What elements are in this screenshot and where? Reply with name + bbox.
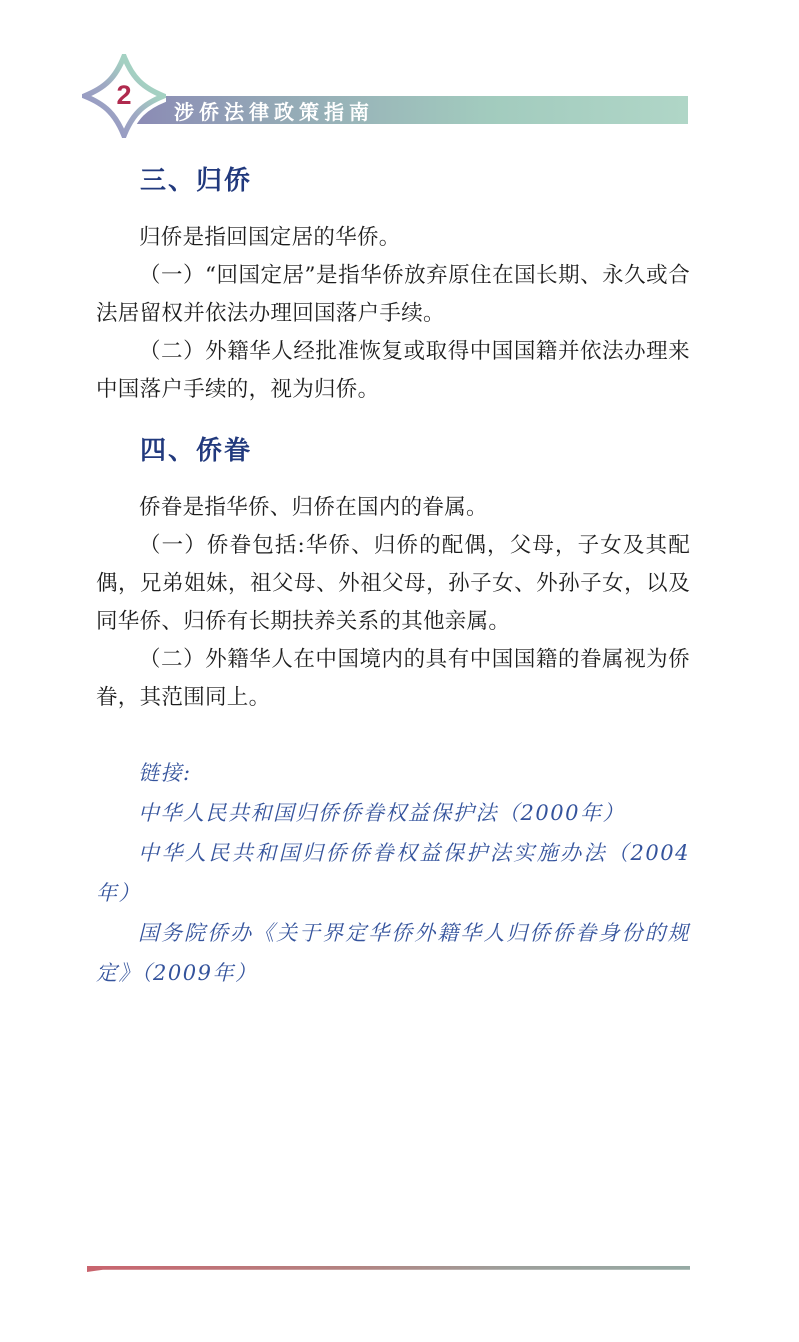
banner-title: 涉侨法律政策指南 — [174, 96, 374, 125]
link-item[interactable]: 中华人民共和国归侨侨眷权益保护法（2000年） — [96, 793, 690, 833]
document-page: 涉侨法律政策指南 2 三、归侨 归侨是指回国定居的华侨。 （一）“回国 — [0, 0, 799, 1342]
paragraph: （一）“回国定居”是指华侨放弃原住在国长期、永久或合法居留权并依法办理回国落户手… — [96, 257, 690, 333]
page-number-badge: 2 — [82, 54, 166, 140]
link-item[interactable]: 中华人民共和国归侨侨眷权益保护法实施办法（2004年） — [96, 833, 690, 913]
page-number: 2 — [82, 54, 166, 138]
paragraph: （一）侨眷包括:华侨、归侨的配偶，父母，子女及其配偶，兄弟姐妹，祖父母、外祖父母… — [96, 527, 690, 641]
paragraph: 归侨是指回国定居的华侨。 — [96, 219, 690, 257]
section-heading-qiaojuan: 四、侨眷 — [96, 433, 690, 467]
page-content: 三、归侨 归侨是指回国定居的华侨。 （一）“回国定居”是指华侨放弃原住在国长期、… — [96, 163, 690, 993]
header-banner: 涉侨法律政策指南 — [117, 96, 688, 124]
paragraph: （二）外籍华人在中国境内的具有中国国籍的眷属视为侨眷，其范围同上。 — [96, 641, 690, 717]
paragraph: （二）外籍华人经批准恢复或取得中国国籍并依法办理来中国落户手续的，视为归侨。 — [96, 333, 690, 409]
links-block: 链接: 中华人民共和国归侨侨眷权益保护法（2000年） 中华人民共和国归侨侨眷权… — [96, 753, 690, 993]
section-heading-guiqiao: 三、归侨 — [96, 163, 690, 197]
links-label: 链接: — [96, 753, 690, 793]
paragraph: 侨眷是指华侨、归侨在国内的眷属。 — [96, 489, 690, 527]
link-item[interactable]: 国务院侨办《关于界定华侨外籍华人归侨侨眷身份的规定》（2009年） — [96, 913, 690, 993]
footer-rule — [87, 1266, 690, 1272]
